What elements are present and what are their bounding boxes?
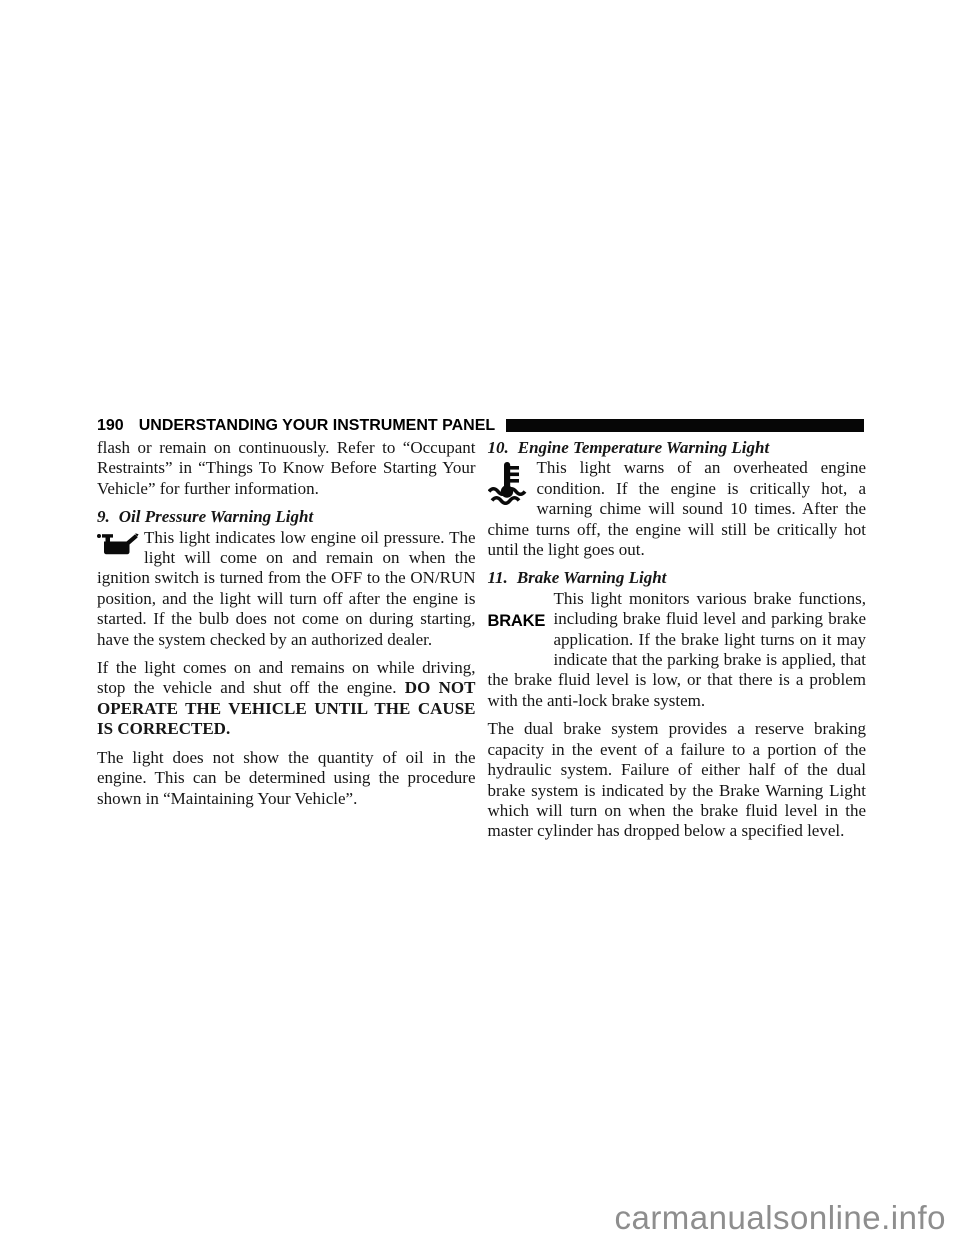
page-header-title: UNDERSTANDING YOUR INSTRUMENT PANEL (139, 417, 495, 435)
manual-page: 190 UNDERSTANDING YOUR INSTRUMENT PANEL … (0, 0, 960, 1242)
temp-section-body: This light warns of an overheated engine… (488, 458, 867, 560)
brake-badge-text: BRAKE (488, 611, 546, 631)
intro-paragraph: flash or remain on continuously. Refer t… (97, 438, 476, 499)
brake-section-heading: 11.Brake Warning Light (488, 568, 867, 588)
oil-section-body-text: This light indicates low engine oil pres… (97, 528, 476, 649)
brake-section-number: 11. (488, 568, 508, 587)
oil-note-paragraph: The light does not show the quantity of … (97, 748, 476, 809)
watermark-text: carmanualsonline.info (614, 1199, 946, 1237)
oil-section-number: 9. (97, 507, 110, 526)
oil-section-body: This light indicates low engine oil pres… (97, 528, 476, 650)
temp-section-heading: 10.Engine Temperature Warning Light (488, 438, 867, 458)
temp-section-title: Engine Temperature Warning Light (518, 438, 769, 457)
left-column: flash or remain on continuously. Refer t… (97, 438, 476, 850)
brake-section-body: BRAKE This light monitors various brake … (488, 589, 867, 711)
temp-section-number: 10. (488, 438, 509, 457)
oil-section-title: Oil Pressure Warning Light (119, 507, 313, 526)
two-column-body: flash or remain on continuously. Refer t… (97, 438, 866, 850)
header-rule-bar (506, 419, 864, 432)
brake-section-title: Brake Warning Light (517, 568, 667, 587)
brake-note-paragraph: The dual brake system provides a reserve… (488, 719, 867, 841)
oil-warning-paragraph: If the light comes on and remains on whi… (97, 658, 476, 740)
brake-warning-indicator: BRAKE (488, 589, 554, 670)
page-header: 190 UNDERSTANDING YOUR INSTRUMENT PANEL (97, 417, 864, 434)
engine-temperature-warning-icon (488, 458, 537, 519)
oil-pressure-warning-icon (97, 528, 144, 568)
page-number: 190 (97, 417, 124, 435)
right-column: 10.Engine Temperature Warning Light This… (488, 438, 867, 850)
temp-section-body-text: This light warns of an overheated engine… (488, 458, 867, 559)
oil-section-heading: 9.Oil Pressure Warning Light (97, 507, 476, 527)
